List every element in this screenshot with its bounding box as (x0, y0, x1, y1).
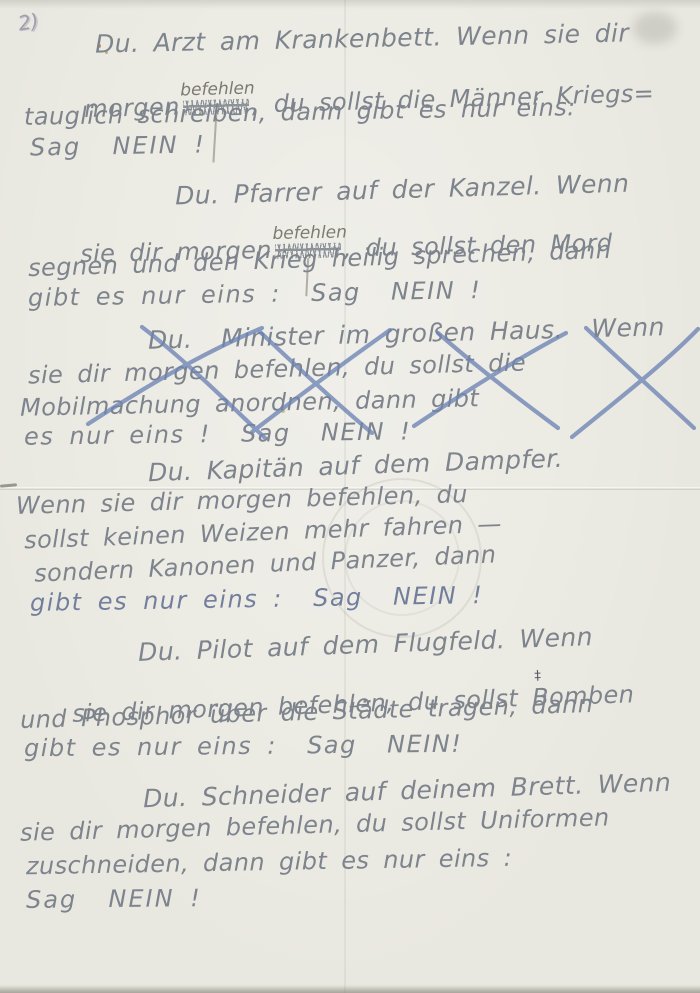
handwritten-line: gibt es nur eins : Sag NEIN! (24, 731, 463, 762)
page-number: 2) (16, 8, 40, 35)
handwritten-line: Du. Pfarrer auf der Kanzel. Wenn (175, 170, 630, 210)
handwritten-line-crossed-out: sie dir morgen befehlen, du sollst die (28, 349, 527, 388)
handwritten-line: Du. Kapitän auf dem Dampfer. (148, 445, 564, 487)
handwritten-line: sie dir morgen befehlen, du sollst Unifo… (20, 804, 610, 846)
handwritten-line-crossed-out: es nur eins ! Sag NEIN ! (24, 418, 412, 450)
correction-word-befehlen: befehlen (272, 224, 347, 244)
paper-bottom-edge-shadow (0, 986, 700, 993)
handwritten-line: Sag NEIN ! (30, 131, 206, 160)
handwritten-line: Du. Arzt am Krankenbett. Wenn sie dir (95, 19, 630, 58)
handwritten-line-crossed-out: Mobilmachung anordnen, dann gibt (20, 385, 480, 421)
handwritten-line: zuschneiden, dann gibt es nur eins : (26, 845, 512, 880)
handwritten-line: gibt es nur eins : Sag NEIN ! (28, 277, 482, 311)
manuscript-page: 2) Du. Arzt am Krankenbett. Wenn sie dir… (0, 0, 700, 993)
correction-word-befehlen: befehlen (180, 80, 255, 101)
paper-smudge (633, 12, 677, 44)
handwritten-line-crossed-out: Du. Minister im großen Haus. Wenn (148, 313, 665, 354)
insertion-mark: ‡ (534, 670, 541, 685)
handwritten-line: Sag NEIN ! (26, 885, 202, 913)
